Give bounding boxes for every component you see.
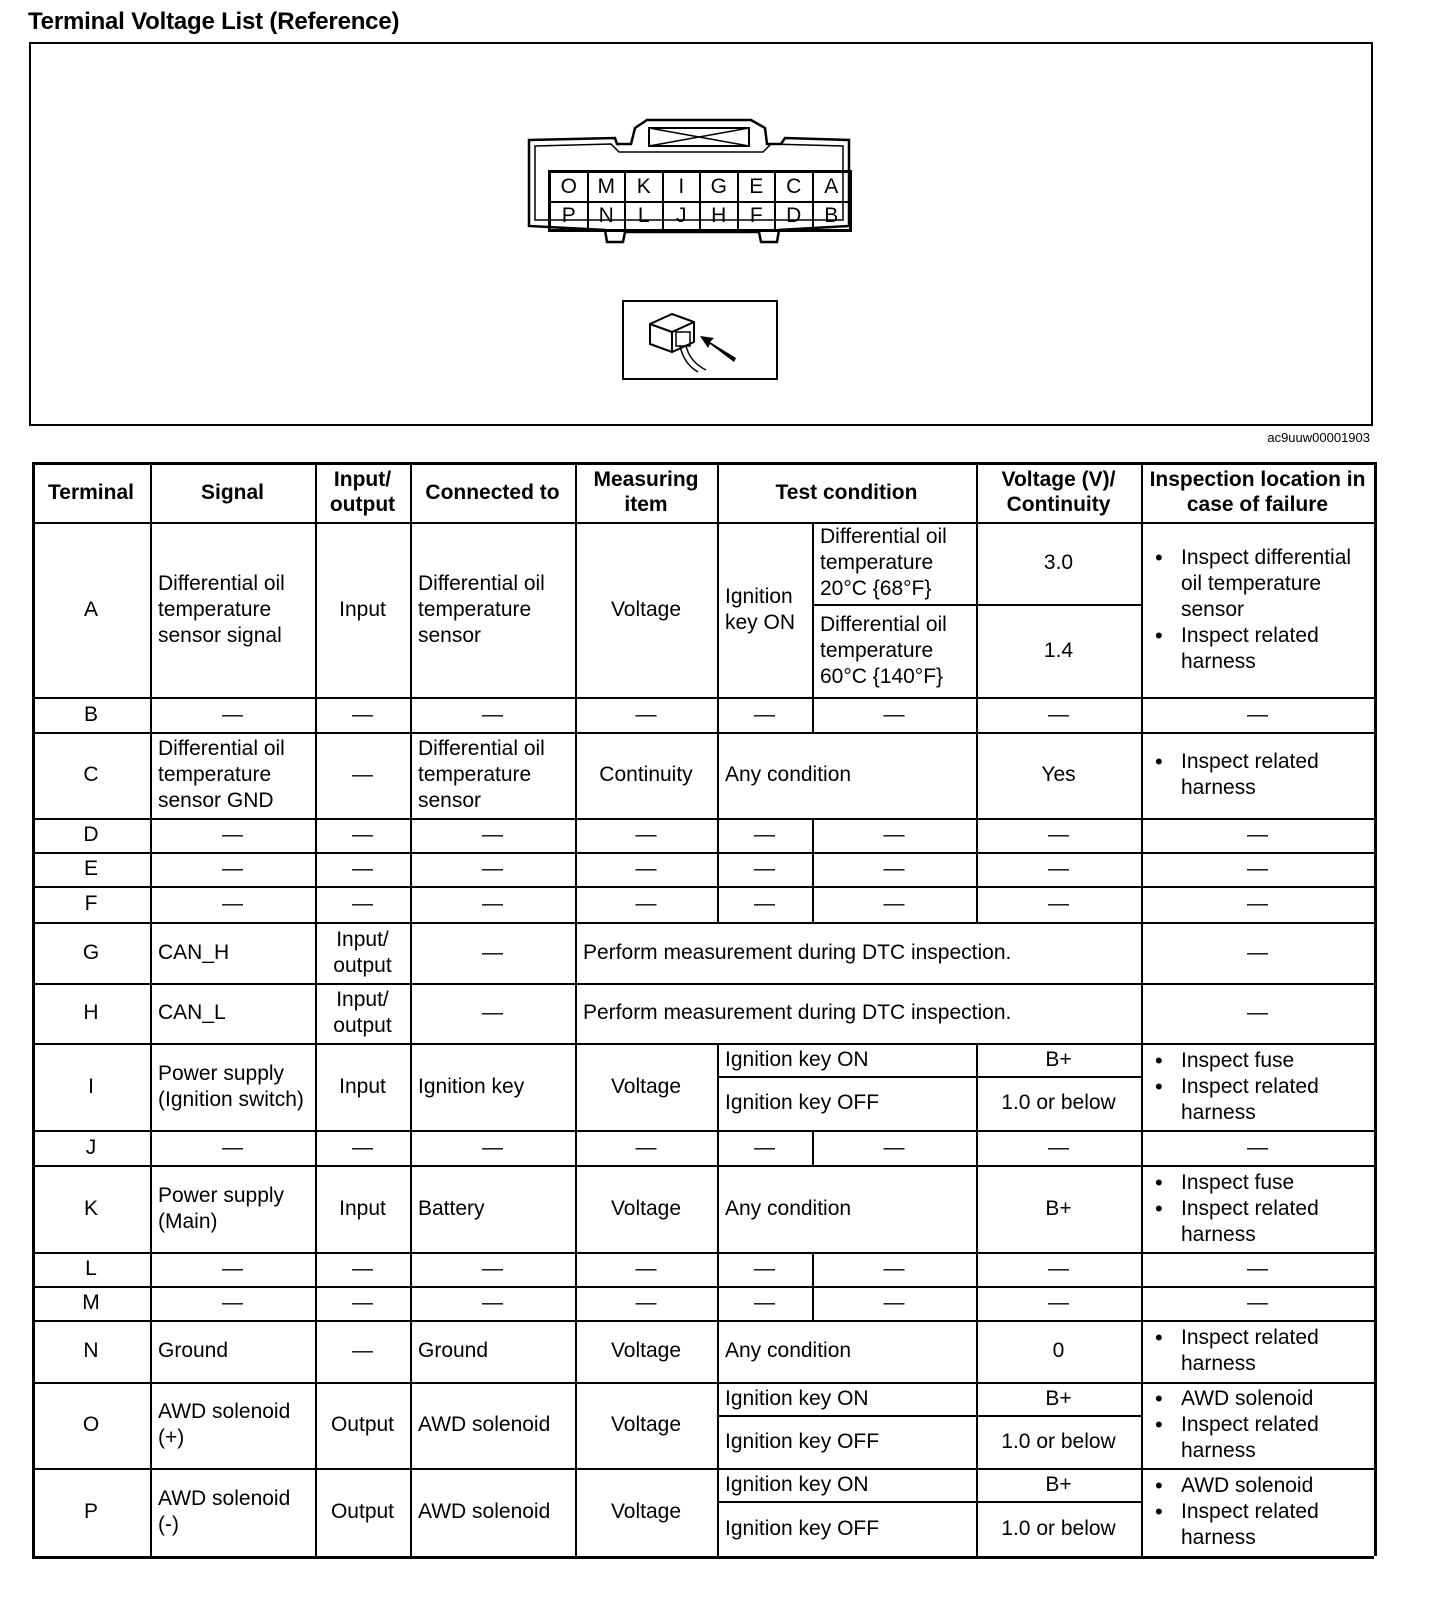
voltage-cell: B+	[976, 1165, 1141, 1252]
terminal-cell: I	[32, 1043, 150, 1130]
dash-cell: —	[410, 886, 575, 922]
dash-cell: —	[976, 1252, 1141, 1286]
dash-cell: —	[717, 818, 812, 852]
inspection-list: AWD solenoidInspect related harness	[1141, 1382, 1374, 1468]
dtc-note-cell: Perform measurement during DTC inspectio…	[575, 983, 1141, 1043]
dash-cell: —	[717, 852, 812, 886]
terminal-cell: G	[32, 922, 150, 983]
test-condition-cell: Ignition key ON	[717, 1382, 976, 1415]
dash-cell: —	[315, 818, 410, 852]
test-condition-cell: Any condition	[717, 732, 976, 818]
inspection-cell: —	[1141, 983, 1374, 1043]
inspection-list: Inspect fuseInspect related harness	[1141, 1043, 1374, 1130]
voltage-cell: B+	[976, 1043, 1141, 1076]
test-subcondition-cell: Differential oil temperature 60°C {140°F…	[812, 604, 976, 697]
dash-cell: —	[1141, 1252, 1374, 1286]
header-measuring-item: Measuring item	[575, 462, 717, 522]
dash-cell: —	[150, 1286, 315, 1320]
dash-cell: —	[812, 1252, 976, 1286]
dash-cell: —	[410, 852, 575, 886]
dash-cell: —	[812, 818, 976, 852]
dash-cell: —	[976, 1130, 1141, 1165]
dash-cell: —	[150, 1252, 315, 1286]
dash-cell: —	[150, 818, 315, 852]
measuring-item-cell: Voltage	[575, 522, 717, 697]
grid-line	[1374, 462, 1377, 1556]
dash-cell: —	[1141, 852, 1374, 886]
inspection-list: Inspect related harness	[1141, 732, 1374, 818]
io-cell: Input	[315, 1165, 410, 1252]
io-cell: —	[315, 732, 410, 818]
inspection-list: Inspect differential oil temperature sen…	[1141, 522, 1374, 697]
measuring-item-cell: Voltage	[575, 1165, 717, 1252]
dash-cell: —	[410, 1130, 575, 1165]
inspection-item: AWD solenoid	[1141, 1386, 1374, 1412]
dash-cell: —	[812, 886, 976, 922]
dash-cell: —	[410, 1286, 575, 1320]
dash-cell: —	[717, 1286, 812, 1320]
dash-cell: —	[575, 697, 717, 732]
dash-cell: —	[1141, 1286, 1374, 1320]
signal-cell: CAN_H	[150, 922, 315, 983]
inspection-item: AWD solenoid	[1141, 1473, 1374, 1499]
terminal-cell: D	[32, 818, 150, 852]
dash-cell: —	[575, 886, 717, 922]
inspection-item: Inspect related harness	[1141, 749, 1374, 801]
dash-cell: —	[976, 852, 1141, 886]
voltage-cell: 3.0	[976, 522, 1141, 604]
dash-cell: —	[717, 1252, 812, 1286]
io-cell: Input	[315, 1043, 410, 1130]
test-condition-cell: Ignition key ON	[717, 522, 812, 697]
dash-cell: —	[150, 697, 315, 732]
terminal-cell: K	[32, 1165, 150, 1252]
io-cell: Output	[315, 1468, 410, 1556]
voltage-cell: 0	[976, 1320, 1141, 1382]
header-signal: Signal	[150, 462, 315, 522]
dtc-note-cell: Perform measurement during DTC inspectio…	[575, 922, 1141, 983]
dash-cell: —	[717, 697, 812, 732]
test-condition-cell: Any condition	[717, 1165, 976, 1252]
inspection-item: Inspect related harness	[1141, 1325, 1374, 1377]
terminal-cell: F	[32, 886, 150, 922]
inspection-list: Inspect related harness	[1141, 1320, 1374, 1382]
dash-cell: —	[315, 886, 410, 922]
dash-cell: —	[315, 1252, 410, 1286]
voltage-cell: 1.4	[976, 604, 1141, 697]
dash-cell: —	[315, 1286, 410, 1320]
terminal-cell: N	[32, 1320, 150, 1382]
io-cell: Input	[315, 522, 410, 697]
dash-cell: —	[575, 1286, 717, 1320]
dash-cell: —	[575, 818, 717, 852]
header-connected-to: Connected to	[410, 462, 575, 522]
connected-to-cell: AWD solenoid	[410, 1382, 575, 1468]
dash-cell: —	[315, 1130, 410, 1165]
inspection-item: Inspect related harness	[1141, 1412, 1374, 1464]
voltage-cell: 1.0 or below	[976, 1501, 1141, 1556]
io-cell: Input/ output	[315, 983, 410, 1043]
terminal-cell: C	[32, 732, 150, 818]
test-condition-cell: Any condition	[717, 1320, 976, 1382]
connected-to-cell: Differential oil temperature sensor	[410, 522, 575, 697]
terminal-voltage-table: TerminalSignalInput/ outputConnected toM…	[0, 0, 1456, 1608]
inspection-item: Inspect fuse	[1141, 1048, 1374, 1074]
dash-cell: —	[976, 697, 1141, 732]
measuring-item-cell: Voltage	[575, 1468, 717, 1556]
inspection-item: Inspect related harness	[1141, 623, 1374, 675]
dash-cell: —	[976, 886, 1141, 922]
io-cell: Input/ output	[315, 922, 410, 983]
test-condition-cell: Ignition key OFF	[717, 1501, 976, 1556]
dash-cell: —	[1141, 1130, 1374, 1165]
dash-cell: —	[812, 1130, 976, 1165]
test-condition-cell: Ignition key OFF	[717, 1076, 976, 1130]
header-voltage: Voltage (V)/ Continuity	[976, 462, 1141, 522]
terminal-cell: M	[32, 1286, 150, 1320]
test-subcondition-cell: Differential oil temperature 20°C {68°F}	[812, 522, 976, 604]
inspection-item: Inspect related harness	[1141, 1074, 1374, 1126]
terminal-cell: H	[32, 983, 150, 1043]
signal-cell: Differential oil temperature sensor GND	[150, 732, 315, 818]
terminal-cell: E	[32, 852, 150, 886]
dash-cell: —	[812, 852, 976, 886]
dash-cell: —	[150, 1130, 315, 1165]
terminal-cell: L	[32, 1252, 150, 1286]
grid-line	[575, 462, 577, 522]
voltage-cell: Yes	[976, 732, 1141, 818]
voltage-cell: B+	[976, 1382, 1141, 1415]
signal-cell: Power supply (Main)	[150, 1165, 315, 1252]
dash-cell: —	[410, 818, 575, 852]
connected-to-cell: Ground	[410, 1320, 575, 1382]
voltage-cell: 1.0 or below	[976, 1415, 1141, 1468]
signal-cell: Differential oil temperature sensor sign…	[150, 522, 315, 697]
io-cell: —	[315, 1320, 410, 1382]
grid-line	[150, 462, 152, 522]
inspection-item: Inspect related harness	[1141, 1499, 1374, 1551]
dash-cell: —	[575, 852, 717, 886]
grid-line	[32, 1556, 1374, 1559]
signal-cell: Ground	[150, 1320, 315, 1382]
header-terminal: Terminal	[32, 462, 150, 522]
connected-to-cell: Ignition key	[410, 1043, 575, 1130]
dash-cell: —	[575, 1252, 717, 1286]
inspection-item: Inspect differential oil temperature sen…	[1141, 545, 1374, 623]
grid-line	[410, 462, 412, 522]
terminal-cell: A	[32, 522, 150, 697]
header-io: Input/ output	[315, 462, 410, 522]
dash-cell: —	[150, 852, 315, 886]
signal-cell: CAN_L	[150, 983, 315, 1043]
measuring-item-cell: Voltage	[575, 1382, 717, 1468]
inspection-item: Inspect fuse	[1141, 1170, 1374, 1196]
voltage-cell: 1.0 or below	[976, 1076, 1141, 1130]
dash-cell: —	[315, 852, 410, 886]
dash-cell: —	[976, 818, 1141, 852]
dash-cell: —	[410, 1252, 575, 1286]
dash-cell: —	[575, 1130, 717, 1165]
dash-cell: —	[410, 697, 575, 732]
dash-cell: —	[1141, 886, 1374, 922]
inspection-item: Inspect related harness	[1141, 1196, 1374, 1248]
dash-cell: —	[1141, 697, 1374, 732]
signal-cell: Power supply (Ignition switch)	[150, 1043, 315, 1130]
measuring-item-cell: Voltage	[575, 1043, 717, 1130]
dash-cell: —	[1141, 818, 1374, 852]
header-test-condition: Test condition	[717, 462, 976, 522]
measuring-item-cell: Voltage	[575, 1320, 717, 1382]
dash-cell: —	[315, 697, 410, 732]
grid-line	[717, 462, 719, 522]
terminal-cell: B	[32, 697, 150, 732]
io-cell: Output	[315, 1382, 410, 1468]
measuring-item-cell: Continuity	[575, 732, 717, 818]
dash-cell: —	[150, 886, 315, 922]
test-condition-cell: Ignition key ON	[717, 1043, 976, 1076]
connected-to-cell: Differential oil temperature sensor	[410, 732, 575, 818]
dash-cell: —	[717, 886, 812, 922]
header-inspection: Inspection location in case of failure	[1141, 462, 1374, 522]
inspection-list: AWD solenoidInspect related harness	[1141, 1468, 1374, 1556]
test-condition-cell: Ignition key ON	[717, 1468, 976, 1501]
dash-cell: —	[717, 1130, 812, 1165]
grid-line	[1141, 462, 1143, 522]
dash-cell: —	[812, 1286, 976, 1320]
inspection-list: Inspect fuseInspect related harness	[1141, 1165, 1374, 1252]
signal-cell: AWD solenoid (+)	[150, 1382, 315, 1468]
dash-cell: —	[812, 697, 976, 732]
signal-cell: AWD solenoid (-)	[150, 1468, 315, 1556]
connected-to-cell: AWD solenoid	[410, 1468, 575, 1556]
grid-line	[976, 462, 978, 522]
dash-cell: —	[976, 1286, 1141, 1320]
connected-to-cell: —	[410, 983, 575, 1043]
connected-to-cell: Battery	[410, 1165, 575, 1252]
voltage-cell: B+	[976, 1468, 1141, 1501]
inspection-cell: —	[1141, 922, 1374, 983]
connected-to-cell: —	[410, 922, 575, 983]
terminal-cell: J	[32, 1130, 150, 1165]
terminal-cell: P	[32, 1468, 150, 1556]
test-condition-cell: Ignition key OFF	[717, 1415, 976, 1468]
grid-line	[315, 462, 317, 522]
terminal-cell: O	[32, 1382, 150, 1468]
